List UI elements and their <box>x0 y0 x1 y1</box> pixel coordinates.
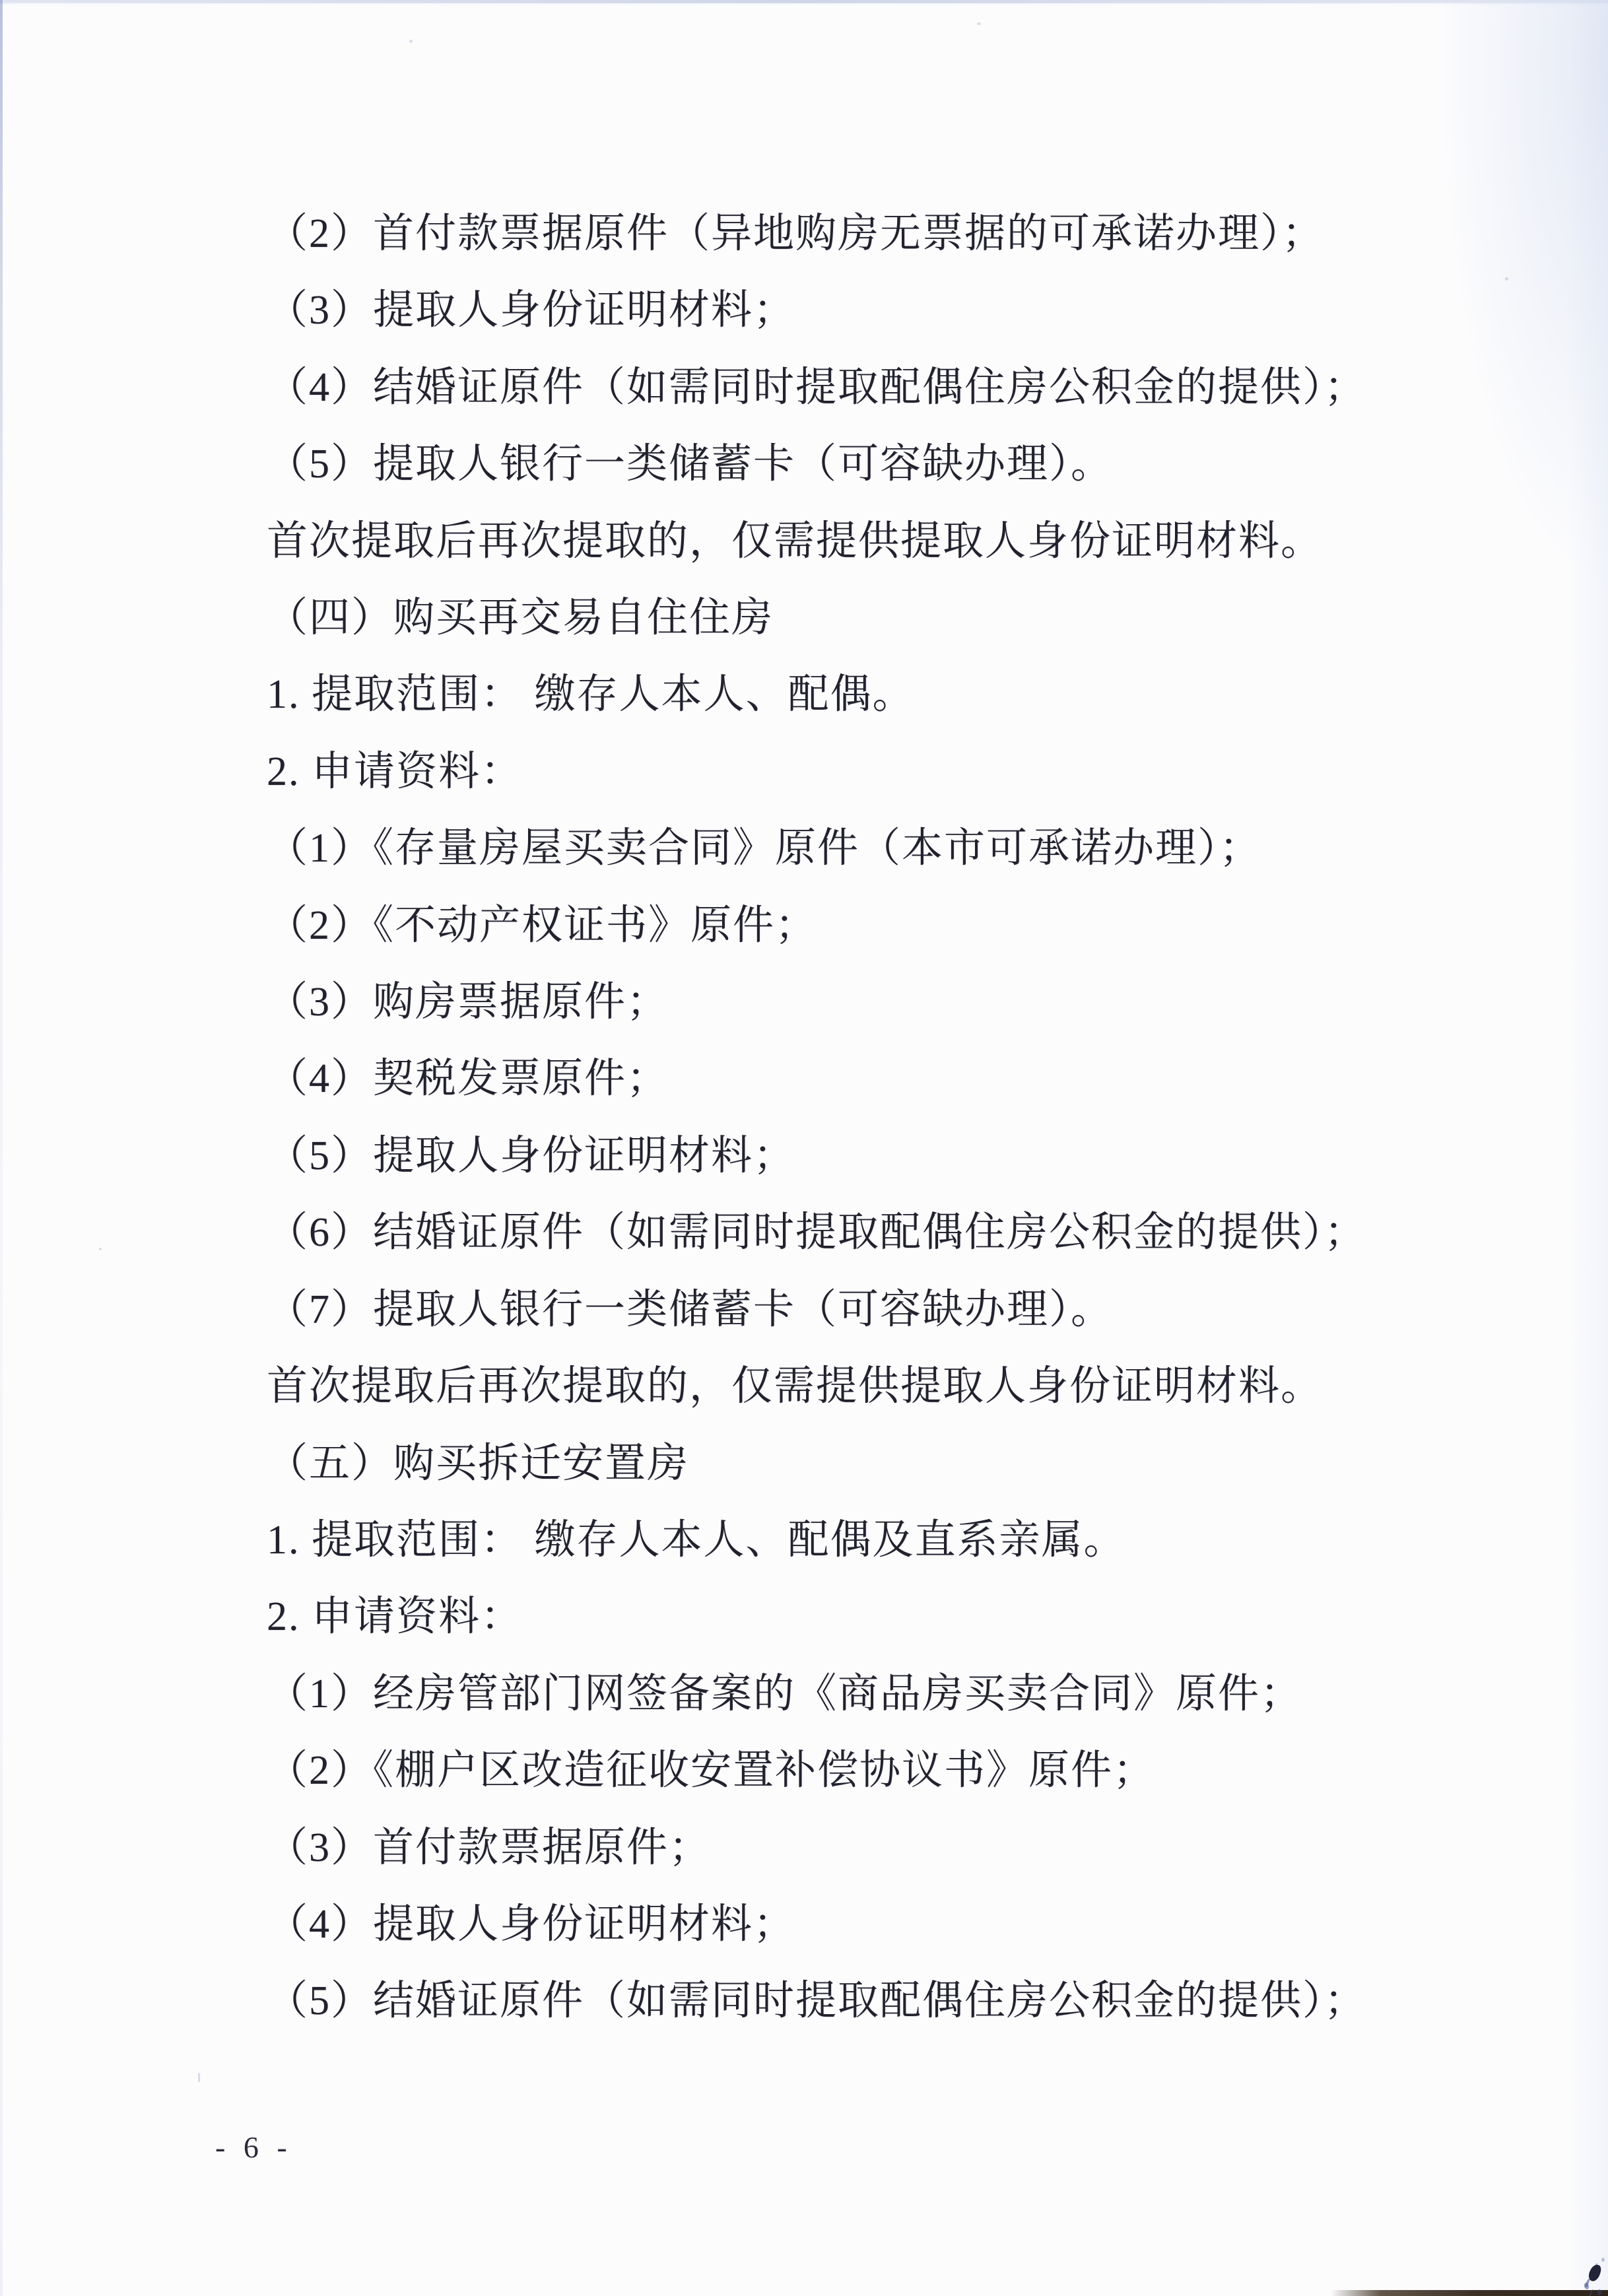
scan-edge-left-artifact <box>0 0 3 2296</box>
scanned-document-page: （2）首付款票据原件（异地购房无票据的可承诺办理）；（3）提取人身份证明材料；（… <box>0 0 1608 2296</box>
scan-edge-top-artifact <box>0 0 1608 3</box>
ink-blot-artifact <box>1583 2256 1608 2296</box>
document-line: （5）结婚证原件（如需同时提取配偶住房公积金的提供）； <box>267 1963 1468 2039</box>
document-line: （2）《棚户区改造征收安置补偿协议书》原件； <box>267 1732 1468 1809</box>
document-line: （5）提取人银行一类储蓄卡（可容缺办理）。 <box>267 426 1468 502</box>
ink-speck <box>1584 2282 1590 2290</box>
document-line: 首次提取后再次提取的，仅需提供提取人身份证明材料。 <box>267 1348 1468 1425</box>
document-line: （6）结婚证原件（如需同时提取配偶住房公积金的提供）； <box>267 1194 1468 1271</box>
document-line: （5）提取人身份证明材料； <box>267 1118 1468 1194</box>
ink-speck <box>1601 2258 1605 2262</box>
document-line: 1. 提取范围： 缴存人本人、配偶及直系亲属。 <box>267 1502 1468 1578</box>
document-line: （五）购买拆迁安置房 <box>267 1425 1468 1502</box>
document-line: （3）购房票据原件； <box>267 964 1468 1040</box>
ink-blot-core <box>1587 2263 1602 2283</box>
document-line: （7）提取人银行一类储蓄卡（可容缺办理）。 <box>267 1271 1468 1348</box>
document-line: （2）首付款票据原件（异地购房无票据的可承诺办理）； <box>267 195 1468 272</box>
scan-speckle <box>99 1248 102 1250</box>
document-text-block: （2）首付款票据原件（异地购房无票据的可承诺办理）；（3）提取人身份证明材料；（… <box>267 195 1468 2040</box>
document-line: 2. 申请资料： <box>267 1578 1468 1655</box>
scan-speckle <box>1505 277 1508 281</box>
document-line: （1）《存量房屋买卖合同》原件（本市可承诺办理）； <box>267 810 1468 887</box>
document-line: （3）提取人身份证明材料； <box>267 272 1468 349</box>
scan-speckle <box>409 40 413 43</box>
document-line: 首次提取后再次提取的，仅需提供提取人身份证明材料。 <box>267 503 1468 580</box>
ink-speck <box>1597 2289 1601 2295</box>
page-number: - 6 - <box>215 2130 292 2165</box>
scan-speckle <box>977 22 981 25</box>
scan-bottom-strip-artifact <box>1331 2290 1608 2296</box>
document-line: （4）提取人身份证明材料； <box>267 1886 1468 1963</box>
document-line: （4）契税发票原件； <box>267 1040 1468 1117</box>
document-line: 2. 申请资料： <box>267 733 1468 810</box>
document-line: （2）《不动产权证书》原件； <box>267 887 1468 964</box>
scan-speckle <box>198 2073 200 2082</box>
document-line: 1. 提取范围： 缴存人本人、配偶。 <box>267 656 1468 733</box>
document-line: （四）购买再交易自住住房 <box>267 580 1468 656</box>
document-line: （4）结婚证原件（如需同时提取配偶住房公积金的提供）； <box>267 349 1468 426</box>
document-line: （1）经房管部门网签备案的《商品房买卖合同》原件； <box>267 1656 1468 1732</box>
document-line: （3）首付款票据原件； <box>267 1809 1468 1886</box>
